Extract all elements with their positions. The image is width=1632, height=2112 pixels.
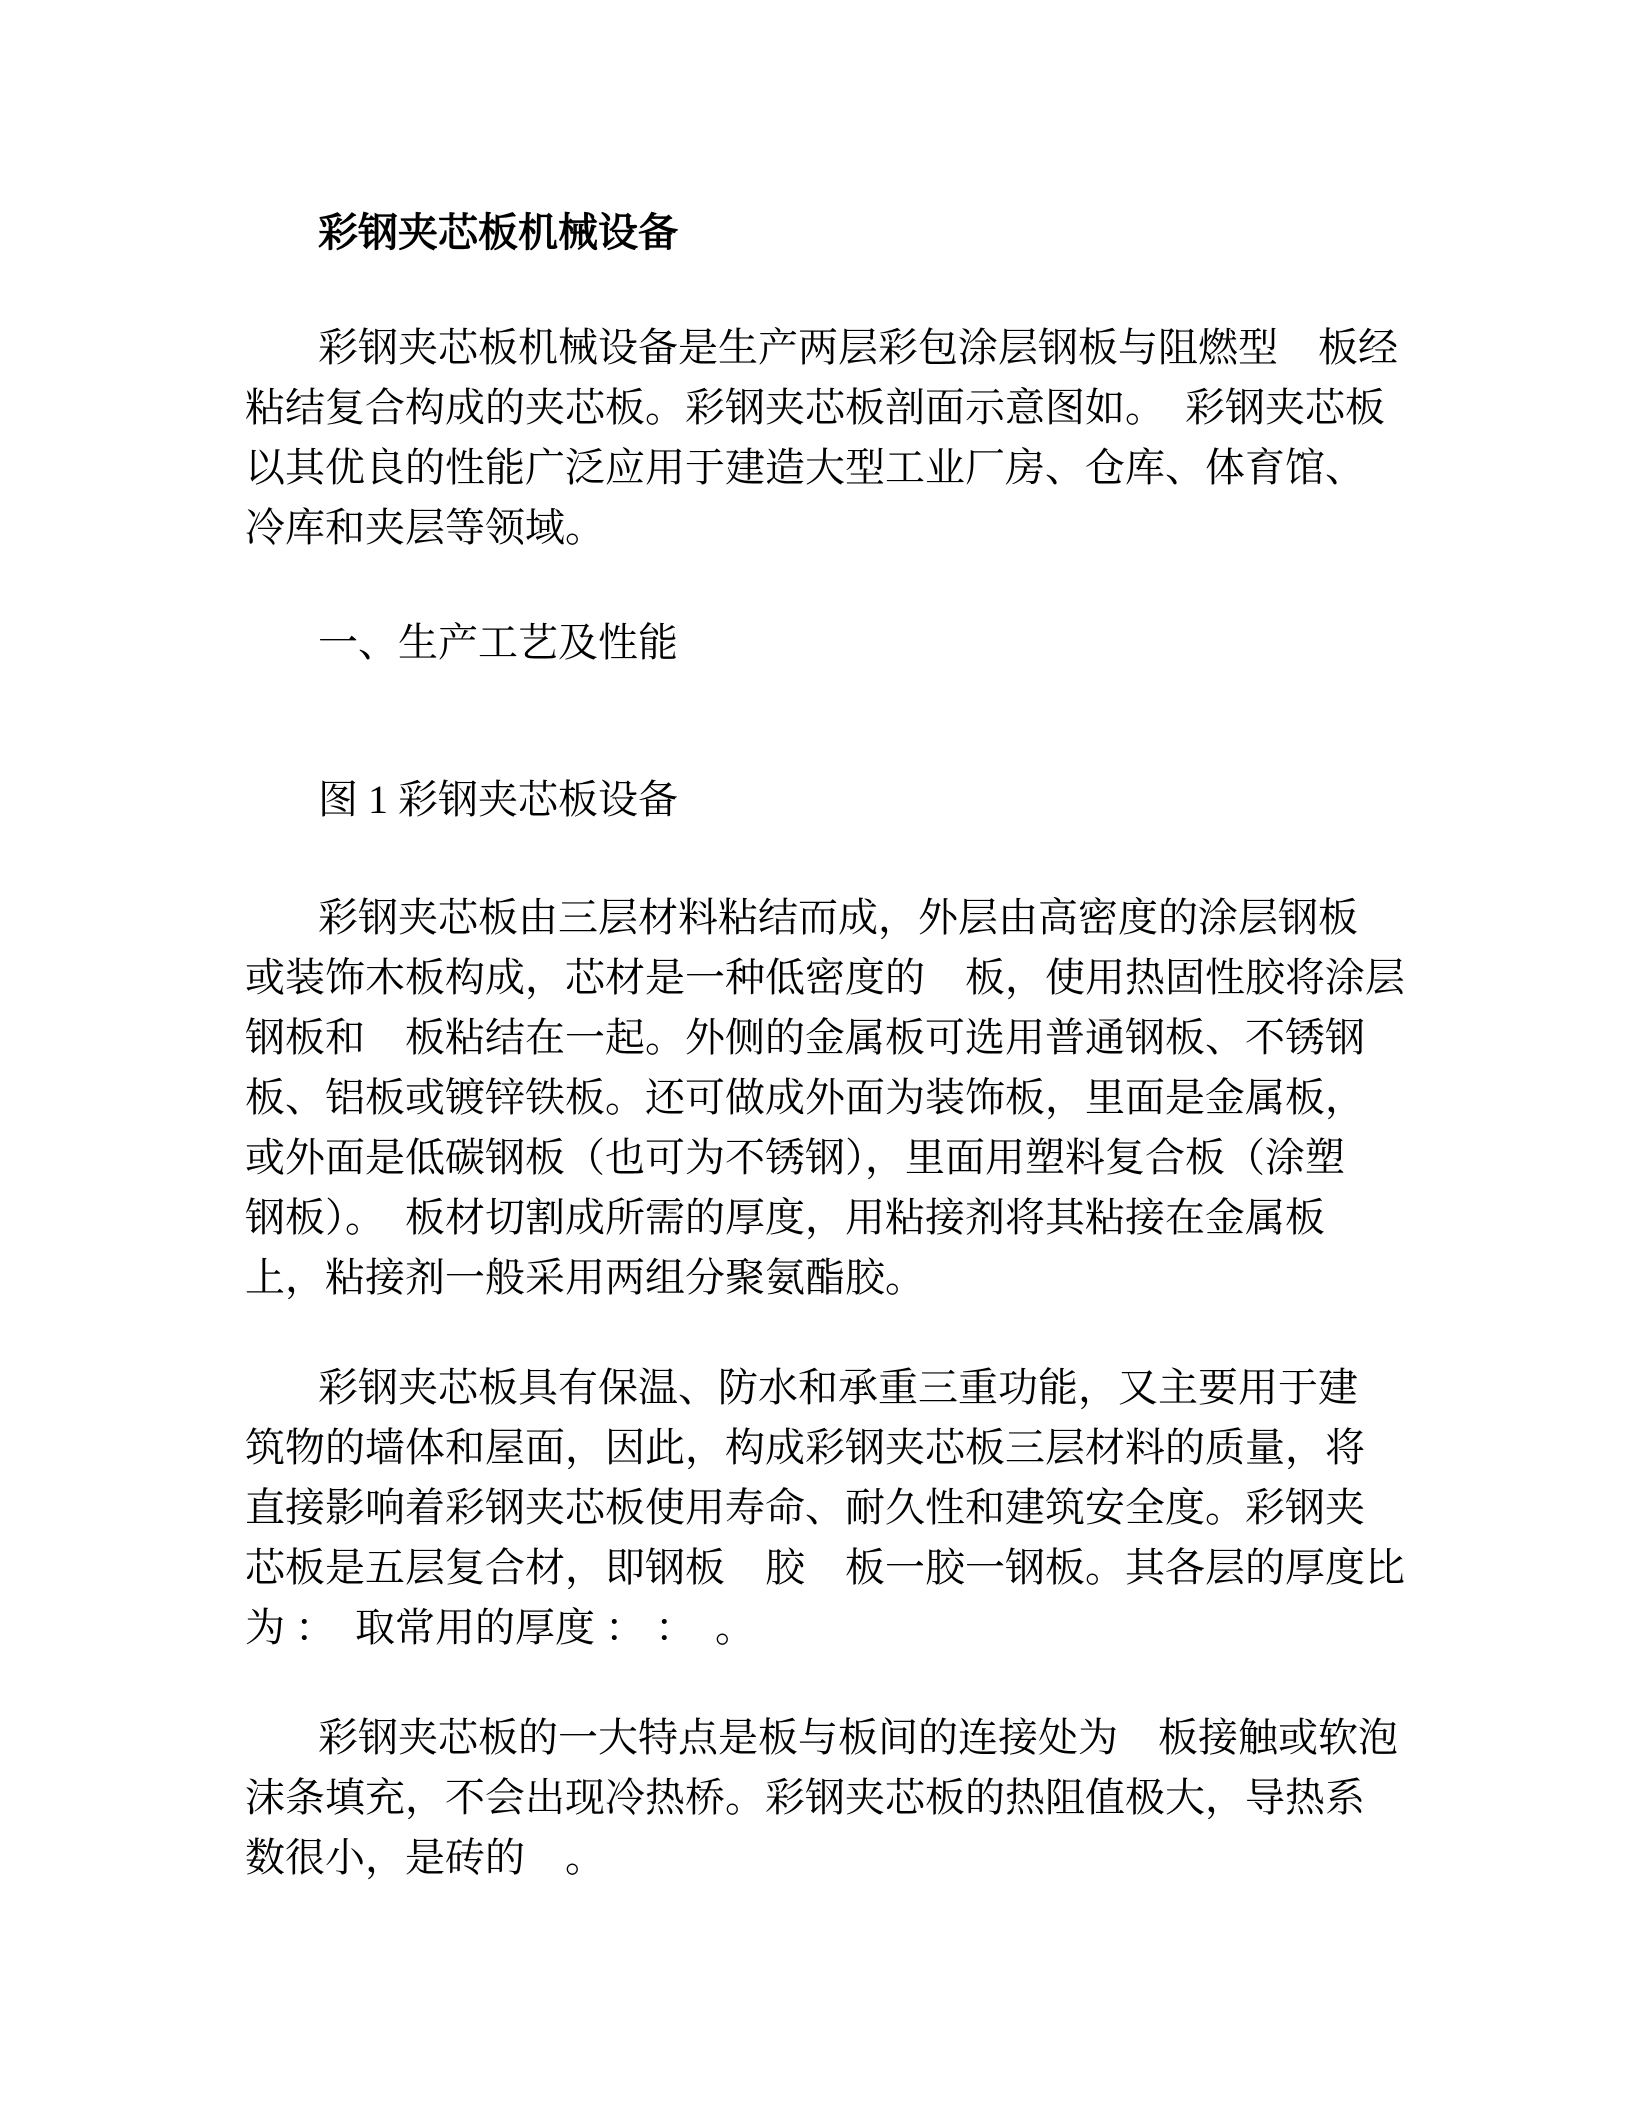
- paragraph-line: 数很小，是砖的 。: [245, 1828, 1405, 1888]
- paragraph-intro: 彩钢夹芯板机械设备是生产两层彩包涂层钢板与阻燃型 板经 粘结复合构成的夹芯板。彩…: [245, 318, 1405, 558]
- paragraph-line: 上，粘接剂一般采用两组分聚氨酯胶。: [245, 1248, 1405, 1308]
- paragraph-line: 彩钢夹芯板具有保温、防水和承重三重功能，又主要用于建: [245, 1358, 1405, 1418]
- paragraph-line: 钢板）。 板材切割成所需的厚度，用粘接剂将其粘接在金属板: [245, 1188, 1405, 1248]
- document-page: 彩钢夹芯板机械设备 彩钢夹芯板机械设备是生产两层彩包涂层钢板与阻燃型 板经 粘结…: [0, 0, 1632, 2112]
- figure-caption: 图 1 彩钢夹芯板设备: [245, 770, 1405, 830]
- paragraph-line: 彩钢夹芯板机械设备是生产两层彩包涂层钢板与阻燃型 板经: [245, 318, 1405, 378]
- page-title: 彩钢夹芯板机械设备: [245, 203, 1405, 263]
- paragraph-line: 板、铝板或镀锌铁板。还可做成外面为装饰板，里面是金属板，: [245, 1068, 1405, 1128]
- paragraph-line: 直接影响着彩钢夹芯板使用寿命、耐久性和建筑安全度。彩钢夹: [245, 1478, 1405, 1538]
- paragraph-line: 或外面是低碳钢板（也可为不锈钢），里面用塑料复合板（涂塑: [245, 1128, 1405, 1188]
- paragraph-line: 为 ： 取常用的厚度 ： ： 。: [245, 1598, 1405, 1658]
- paragraph-line: 彩钢夹芯板的一大特点是板与板间的连接处为 板接触或软泡: [245, 1708, 1405, 1768]
- section-heading: 一、生产工艺及性能: [245, 613, 1405, 673]
- paragraph-line: 筑物的墙体和屋面，因此，构成彩钢夹芯板三层材料的质量，将: [245, 1418, 1405, 1478]
- paragraph-line: 芯板是五层复合材，即钢板 胶 板一胶一钢板。其各层的厚度比: [245, 1538, 1405, 1598]
- paragraph-line: 或装饰木板构成，芯材是一种低密度的 板，使用热固性胶将涂层: [245, 948, 1405, 1008]
- paragraph-functions: 彩钢夹芯板具有保温、防水和承重三重功能，又主要用于建 筑物的墙体和屋面，因此，构…: [245, 1358, 1405, 1658]
- paragraph-line: 冷库和夹层等领域。: [245, 498, 1405, 558]
- paragraph-line: 粘结复合构成的夹芯板。彩钢夹芯板剖面示意图如。 彩钢夹芯板: [245, 378, 1405, 438]
- paragraph-line: 以其优良的性能广泛应用于建造大型工业厂房、仓库、体育馆、: [245, 438, 1405, 498]
- document-content: 彩钢夹芯板机械设备 彩钢夹芯板机械设备是生产两层彩包涂层钢板与阻燃型 板经 粘结…: [245, 0, 1405, 1888]
- paragraph-line: 彩钢夹芯板由三层材料粘结而成，外层由高密度的涂层钢板: [245, 888, 1405, 948]
- paragraph-line: 钢板和 板粘结在一起。外侧的金属板可选用普通钢板、不锈钢: [245, 1008, 1405, 1068]
- paragraph-features: 彩钢夹芯板的一大特点是板与板间的连接处为 板接触或软泡 沫条填充，不会出现冷热桥…: [245, 1708, 1405, 1888]
- paragraph-composition: 彩钢夹芯板由三层材料粘结而成，外层由高密度的涂层钢板 或装饰木板构成，芯材是一种…: [245, 888, 1405, 1308]
- paragraph-line: 沫条填充，不会出现冷热桥。彩钢夹芯板的热阻值极大，导热系: [245, 1768, 1405, 1828]
